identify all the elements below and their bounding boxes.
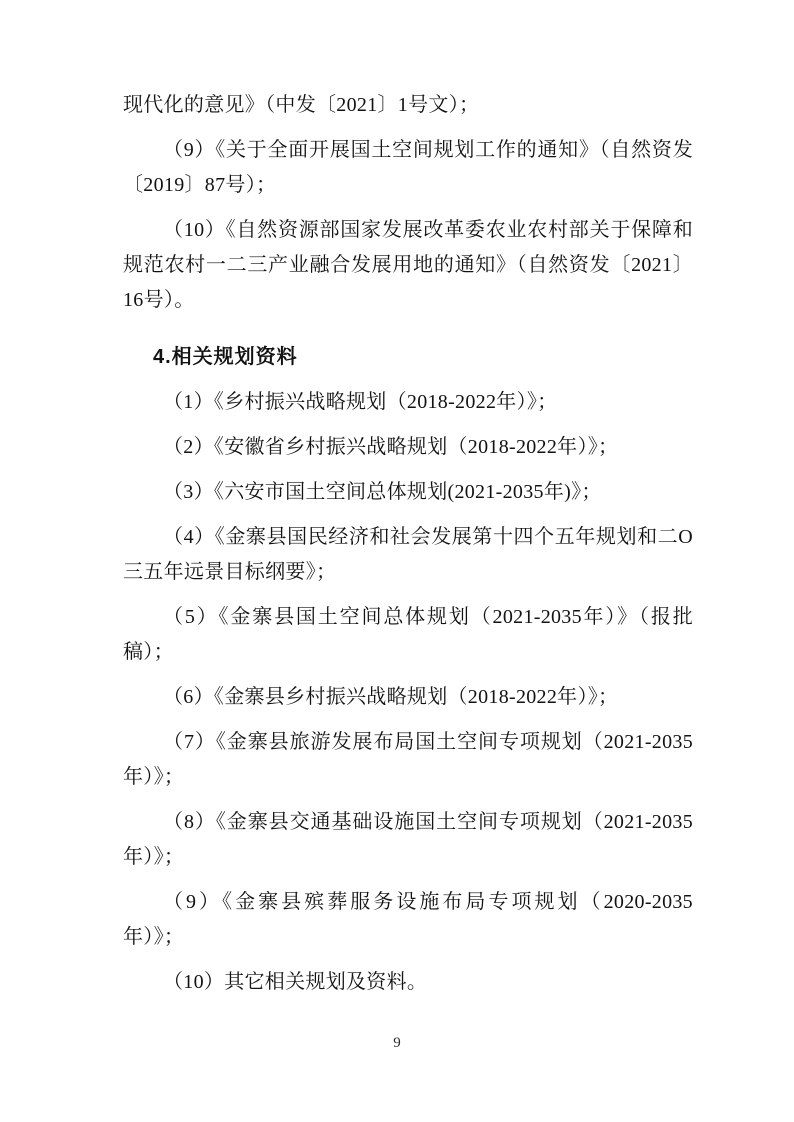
document-body: 现代化的意见》（中发〔2021〕1号文）； （9）《关于全面开展国土空间规划工作… — [123, 88, 693, 1010]
planning-item-8: （8）《金寨县交通基础设施国土空间专项规划（2021-2035年）》； — [123, 805, 693, 875]
body-text-continuation: 现代化的意见》（中发〔2021〕1号文）； — [123, 88, 693, 123]
planning-item-3: （3）《六安市国土空间总体规划(2021-2035年)》； — [123, 475, 693, 510]
planning-item-7: （7）《金寨县旅游发展布局国土空间专项规划（2021-2035年）》； — [123, 725, 693, 795]
planning-item-1: （1）《乡村振兴战略规划（2018-2022年）》； — [123, 385, 693, 420]
reference-item-9: （9）《关于全面开展国土空间规划工作的通知》（自然资发〔2019〕87号）； — [123, 133, 693, 203]
planning-item-9: （9）《金寨县殡葬服务设施布局专项规划（2020-2035年）》； — [123, 885, 693, 955]
reference-item-10: （10）《自然资源部国家发展改革委农业农村部关于保障和规范农村一二三产业融合发展… — [123, 213, 693, 318]
planning-item-5: （5）《金寨县国土空间总体规划（2021-2035年）》（报批稿）； — [123, 600, 693, 670]
document-page: 现代化的意见》（中发〔2021〕1号文）； （9）《关于全面开展国土空间规划工作… — [0, 0, 794, 1122]
planning-item-4: （4）《金寨县国民经济和社会发展第十四个五年规划和二O三五年远景目标纲要》； — [123, 520, 693, 590]
planning-item-10: （10）其它相关规划及资料。 — [123, 965, 693, 1000]
planning-item-6: （6）《金寨县乡村振兴战略规划（2018-2022年）》； — [123, 680, 693, 715]
planning-item-2: （2）《安徽省乡村振兴战略规划（2018-2022年）》； — [123, 430, 693, 465]
page-number: 9 — [0, 1033, 794, 1053]
section-heading-related-planning: 4.相关规划资料 — [123, 340, 693, 375]
